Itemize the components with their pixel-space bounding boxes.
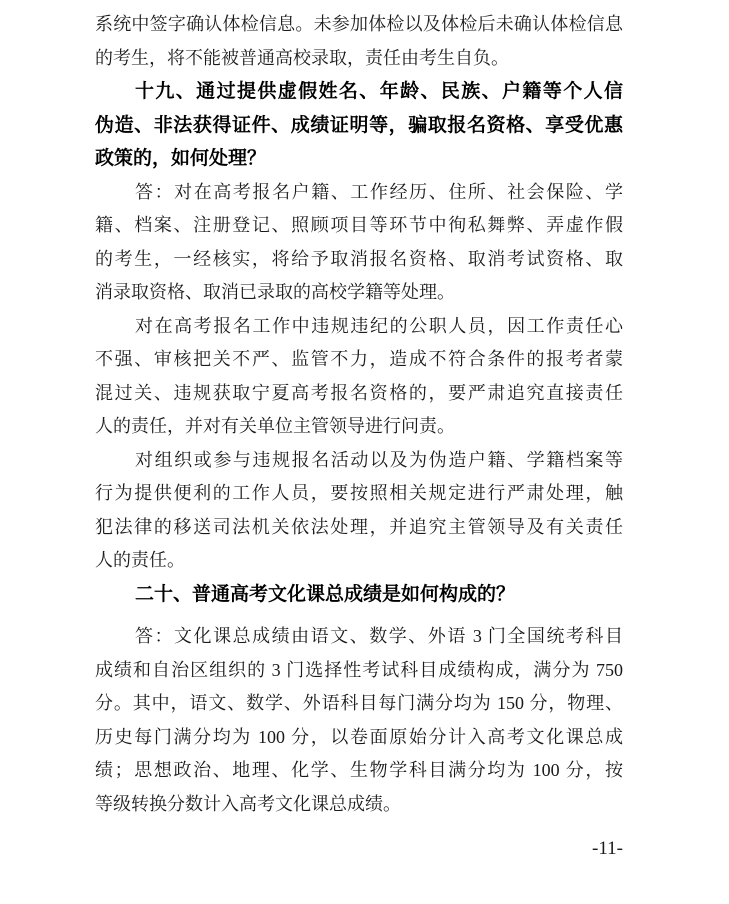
paragraph: 对在高考报名工作中违规违纪的公职人员，因工作责任心不强、审核把关不严、监管不力，… [95,310,623,444]
text-line: 对组织或参与违规报名活动以及为伪造户籍、学籍档案等 [95,444,623,478]
text-line: 对在高考报名工作中违规违纪的公职人员，因工作责任心 [95,310,623,344]
text-line: 混过关、违规获取宁夏高考报名资格的，要严肃追究直接责任 [95,377,623,411]
text-line: 籍、档案、注册登记、照顾项目等环节中徇私舞弊、弄虚作假 [95,209,623,243]
question-heading: 二十、普通高考文化课总成绩是如何构成的？ [95,578,623,612]
text-line: 消录取资格、取消已录取的高校学籍等处理。 [95,276,623,310]
document-page: 系统中签字确认体检信息。未参加体检以及体检后未确认体检信息的考生，将不能被普通高… [0,0,729,904]
text-line: 的考生，将不能被普通高校录取，责任由考生自负。 [95,42,623,76]
paragraph: 对组织或参与违规报名活动以及为伪造户籍、学籍档案等行为提供便利的工作人员，要按照… [95,444,623,578]
text-line: 成绩和自治区组织的 3 门选择性考试科目成绩构成，满分为 750 [95,654,623,688]
text-line: 人的责任。 [95,544,623,578]
paragraph: 系统中签字确认体检信息。未参加体检以及体检后未确认体检信息的考生，将不能被普通高… [95,8,623,75]
text-line: 等级转换分数计入高考文化课总成绩。 [95,788,623,822]
text-line: 二十、普通高考文化课总成绩是如何构成的？ [95,578,623,612]
text-line: 答：对在高考报名户籍、工作经历、住所、社会保险、学 [95,176,623,210]
text-line: 绩；思想政治、地理、化学、生物学科目满分均为 100 分，按 [95,754,623,788]
text-line: 分。其中，语文、数学、外语科目每门满分均为 150 分，物理、 [95,687,623,721]
paragraph: 答：文化课总成绩由语文、数学、外语 3 门全国统考科目成绩和自治区组织的 3 门… [95,620,623,821]
text-line: 系统中签字确认体检信息。未参加体检以及体检后未确认体检信息 [95,8,623,42]
text-line: 不强、审核把关不严、监管不力，造成不符合条件的报考者蒙 [95,343,623,377]
text-line: 历史每门满分均为 100 分，以卷面原始分计入高考文化课总成 [95,721,623,755]
page-number: -11- [592,838,623,860]
text-line: 犯法律的移送司法机关依法处理，并追究主管领导及有关责任 [95,511,623,545]
text-line: 答：文化课总成绩由语文、数学、外语 3 门全国统考科目 [95,620,623,654]
document-body: 系统中签字确认体检信息。未参加体检以及体检后未确认体检信息的考生，将不能被普通高… [95,8,623,821]
paragraph: 答：对在高考报名户籍、工作经历、住所、社会保险、学籍、档案、注册登记、照顾项目等… [95,176,623,310]
text-line: 十九、通过提供虚假姓名、年龄、民族、户籍等个人信息， [95,75,623,109]
text-line: 行为提供便利的工作人员，要按照相关规定进行严肃处理，触 [95,477,623,511]
text-line: 人的责任，并对有关单位主管领导进行问责。 [95,410,623,444]
text-line: 的考生，一经核实，将给予取消报名资格、取消考试资格、取 [95,243,623,277]
question-heading: 十九、通过提供虚假姓名、年龄、民族、户籍等个人信息，伪造、非法获得证件、成绩证明… [95,75,623,176]
text-line: 政策的，如何处理？ [95,142,623,176]
text-line: 伪造、非法获得证件、成绩证明等，骗取报名资格、享受优惠 [95,109,623,143]
